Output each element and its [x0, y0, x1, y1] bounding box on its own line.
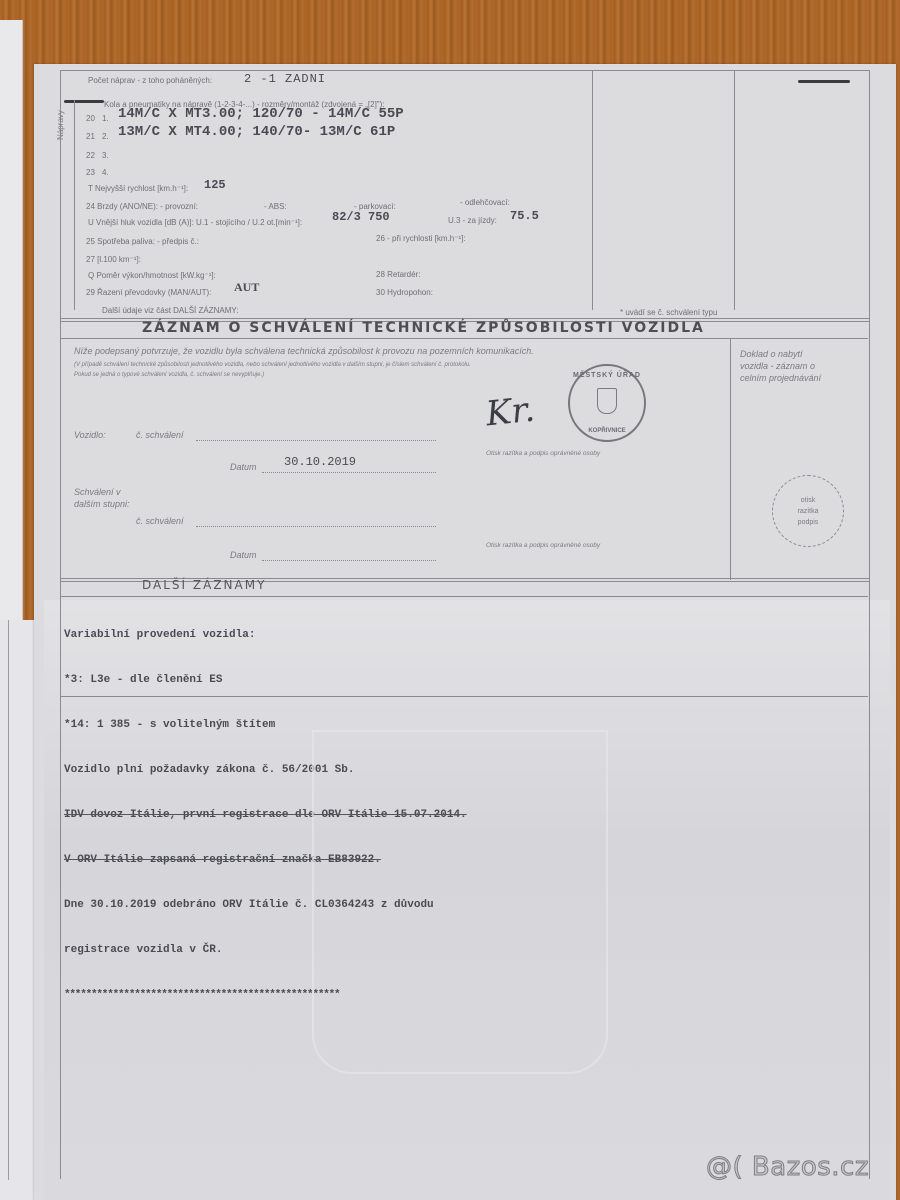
customs-circle-text: otisk: [801, 495, 815, 506]
stamp-text-top: MĚSTSKÝ ÚŘAD: [570, 372, 644, 379]
noise-drive-label: U.3 - za jízdy:: [448, 216, 497, 225]
approval-section-title: ZÁZNAM O SCHVÁLENÍ TECHNICKÉ ZPŮSOBILOST…: [142, 320, 705, 336]
column-divider: [730, 338, 731, 580]
axle-2-tyres: 13M/C X MT4.00; 140/70- 13M/C 61P: [118, 124, 395, 140]
axle-number: 4.: [102, 168, 109, 177]
brakes-label: 24 Brzdy (ANO/NE): - provozní:: [86, 202, 198, 211]
hydro-label: 30 Hydropohon:: [376, 288, 433, 297]
noise-value: 82/3 750: [332, 210, 390, 224]
bazos-watermark: @( Bazos.cz: [706, 1152, 869, 1182]
type-approval-footnote: * uvádí se č. schválení typu: [620, 308, 717, 317]
relief-brake-label: - odlehčovací:: [460, 198, 510, 207]
date-line: [262, 472, 436, 473]
customs-stamp-placeholder: otisk razítka podpis: [772, 475, 844, 547]
noise-label: U Vnější hluk vozidla [dB (A)]: U.1 - st…: [88, 218, 302, 227]
security-watermark-shield: [312, 730, 608, 1074]
date-label: Datum: [230, 462, 257, 472]
records-title: DALŠÍ ZÁZNAMY: [142, 578, 266, 592]
retarder-label: 28 Retardér:: [376, 270, 420, 279]
next-stage-label: Schválení v dalším stupni:: [74, 486, 134, 510]
row-divider: [60, 596, 868, 597]
date-label-2: Datum: [230, 550, 257, 560]
fuel-consumption-label: 25 Spotřeba paliva: - předpis č.:: [86, 237, 199, 246]
row-divider: [60, 696, 868, 697]
row-divider: [60, 338, 868, 339]
approval-number-label: č. schválení: [136, 430, 184, 440]
axle-number: 1.: [102, 114, 109, 123]
fuel-unit-label: 27 [l.100 km⁻¹]:: [86, 255, 141, 264]
power-ratio-label: Q Poměr výkon/hmotnost [kW.kg⁻¹]:: [88, 271, 216, 280]
row-number: 20: [86, 114, 95, 123]
max-speed-value: 125: [204, 178, 226, 192]
gearbox-label: 29 Řazení převodovky (MAN/AUT):: [86, 288, 211, 297]
coat-of-arms-icon: [597, 388, 617, 414]
gearbox-value: AUT: [234, 280, 259, 295]
approval-intro: Níže podepsaný potvrzuje, že vozidlu byl…: [74, 346, 534, 356]
max-speed-label: T Nejvyšší rychlost [km.h⁻¹]:: [88, 184, 188, 193]
stamp-caption-2: Otisk razítka a podpis oprávněné osoby: [486, 542, 600, 549]
column-divider: [734, 70, 735, 310]
row-number: 21: [86, 132, 95, 141]
approval-note-2: Pokud se jedná o typové schválení vozidl…: [74, 372, 264, 378]
column-divider: [74, 100, 75, 310]
axle-1-tyres: 14M/C X MT3.00; 120/70 - 14M/C 55P: [118, 106, 404, 122]
official-signature: Kr.: [484, 390, 537, 435]
customs-circle-text: razítka: [797, 506, 818, 517]
municipal-office-stamp: MĚSTSKÝ ÚŘAD KOPŘIVNICE: [568, 364, 646, 442]
column-divider: [592, 70, 593, 310]
vehicle-label: Vozidlo:: [74, 430, 106, 440]
axle-number: 3.: [102, 151, 109, 160]
abs-label: - ABS:: [264, 202, 287, 211]
record-line: *3: L3e - dle členění ES: [64, 673, 467, 688]
axle-number: 2.: [102, 132, 109, 141]
stamp-caption: Otisk razítka a podpis oprávněné osoby: [486, 450, 600, 457]
customs-label: Doklad o nabytí vozidla - záznam o celní…: [740, 348, 830, 384]
axle-count-value: 2 -1 ZADNI: [244, 72, 326, 86]
row-number: 23: [86, 168, 95, 177]
approval-date-value: 30.10.2019: [284, 455, 356, 469]
approval-number-line: [196, 440, 436, 441]
axle-count-label: Počet náprav - z toho poháněných:: [88, 76, 212, 85]
approval-note-1: (V případě schválení technické způsobilo…: [74, 362, 471, 368]
approval-number-label-2: č. schválení: [136, 516, 184, 526]
record-line: Variabilní provedení vozidla:: [64, 628, 467, 643]
approval-number-line-2: [196, 526, 436, 527]
stamp-text-bottom: KOPŘIVNICE: [570, 428, 644, 434]
date-line-2: [262, 560, 436, 561]
fuel-speed-label: 26 - při rychlosti [km.h⁻¹]:: [376, 234, 466, 243]
noise-drive-value: 75.5: [510, 209, 539, 223]
more-data-label: Další údaje viz část DALŠÍ ZÁZNAMY:: [102, 306, 239, 315]
row-number: 22: [86, 151, 95, 160]
customs-circle-text: podpis: [798, 517, 819, 528]
axles-side-label: Nápravy: [56, 110, 65, 140]
